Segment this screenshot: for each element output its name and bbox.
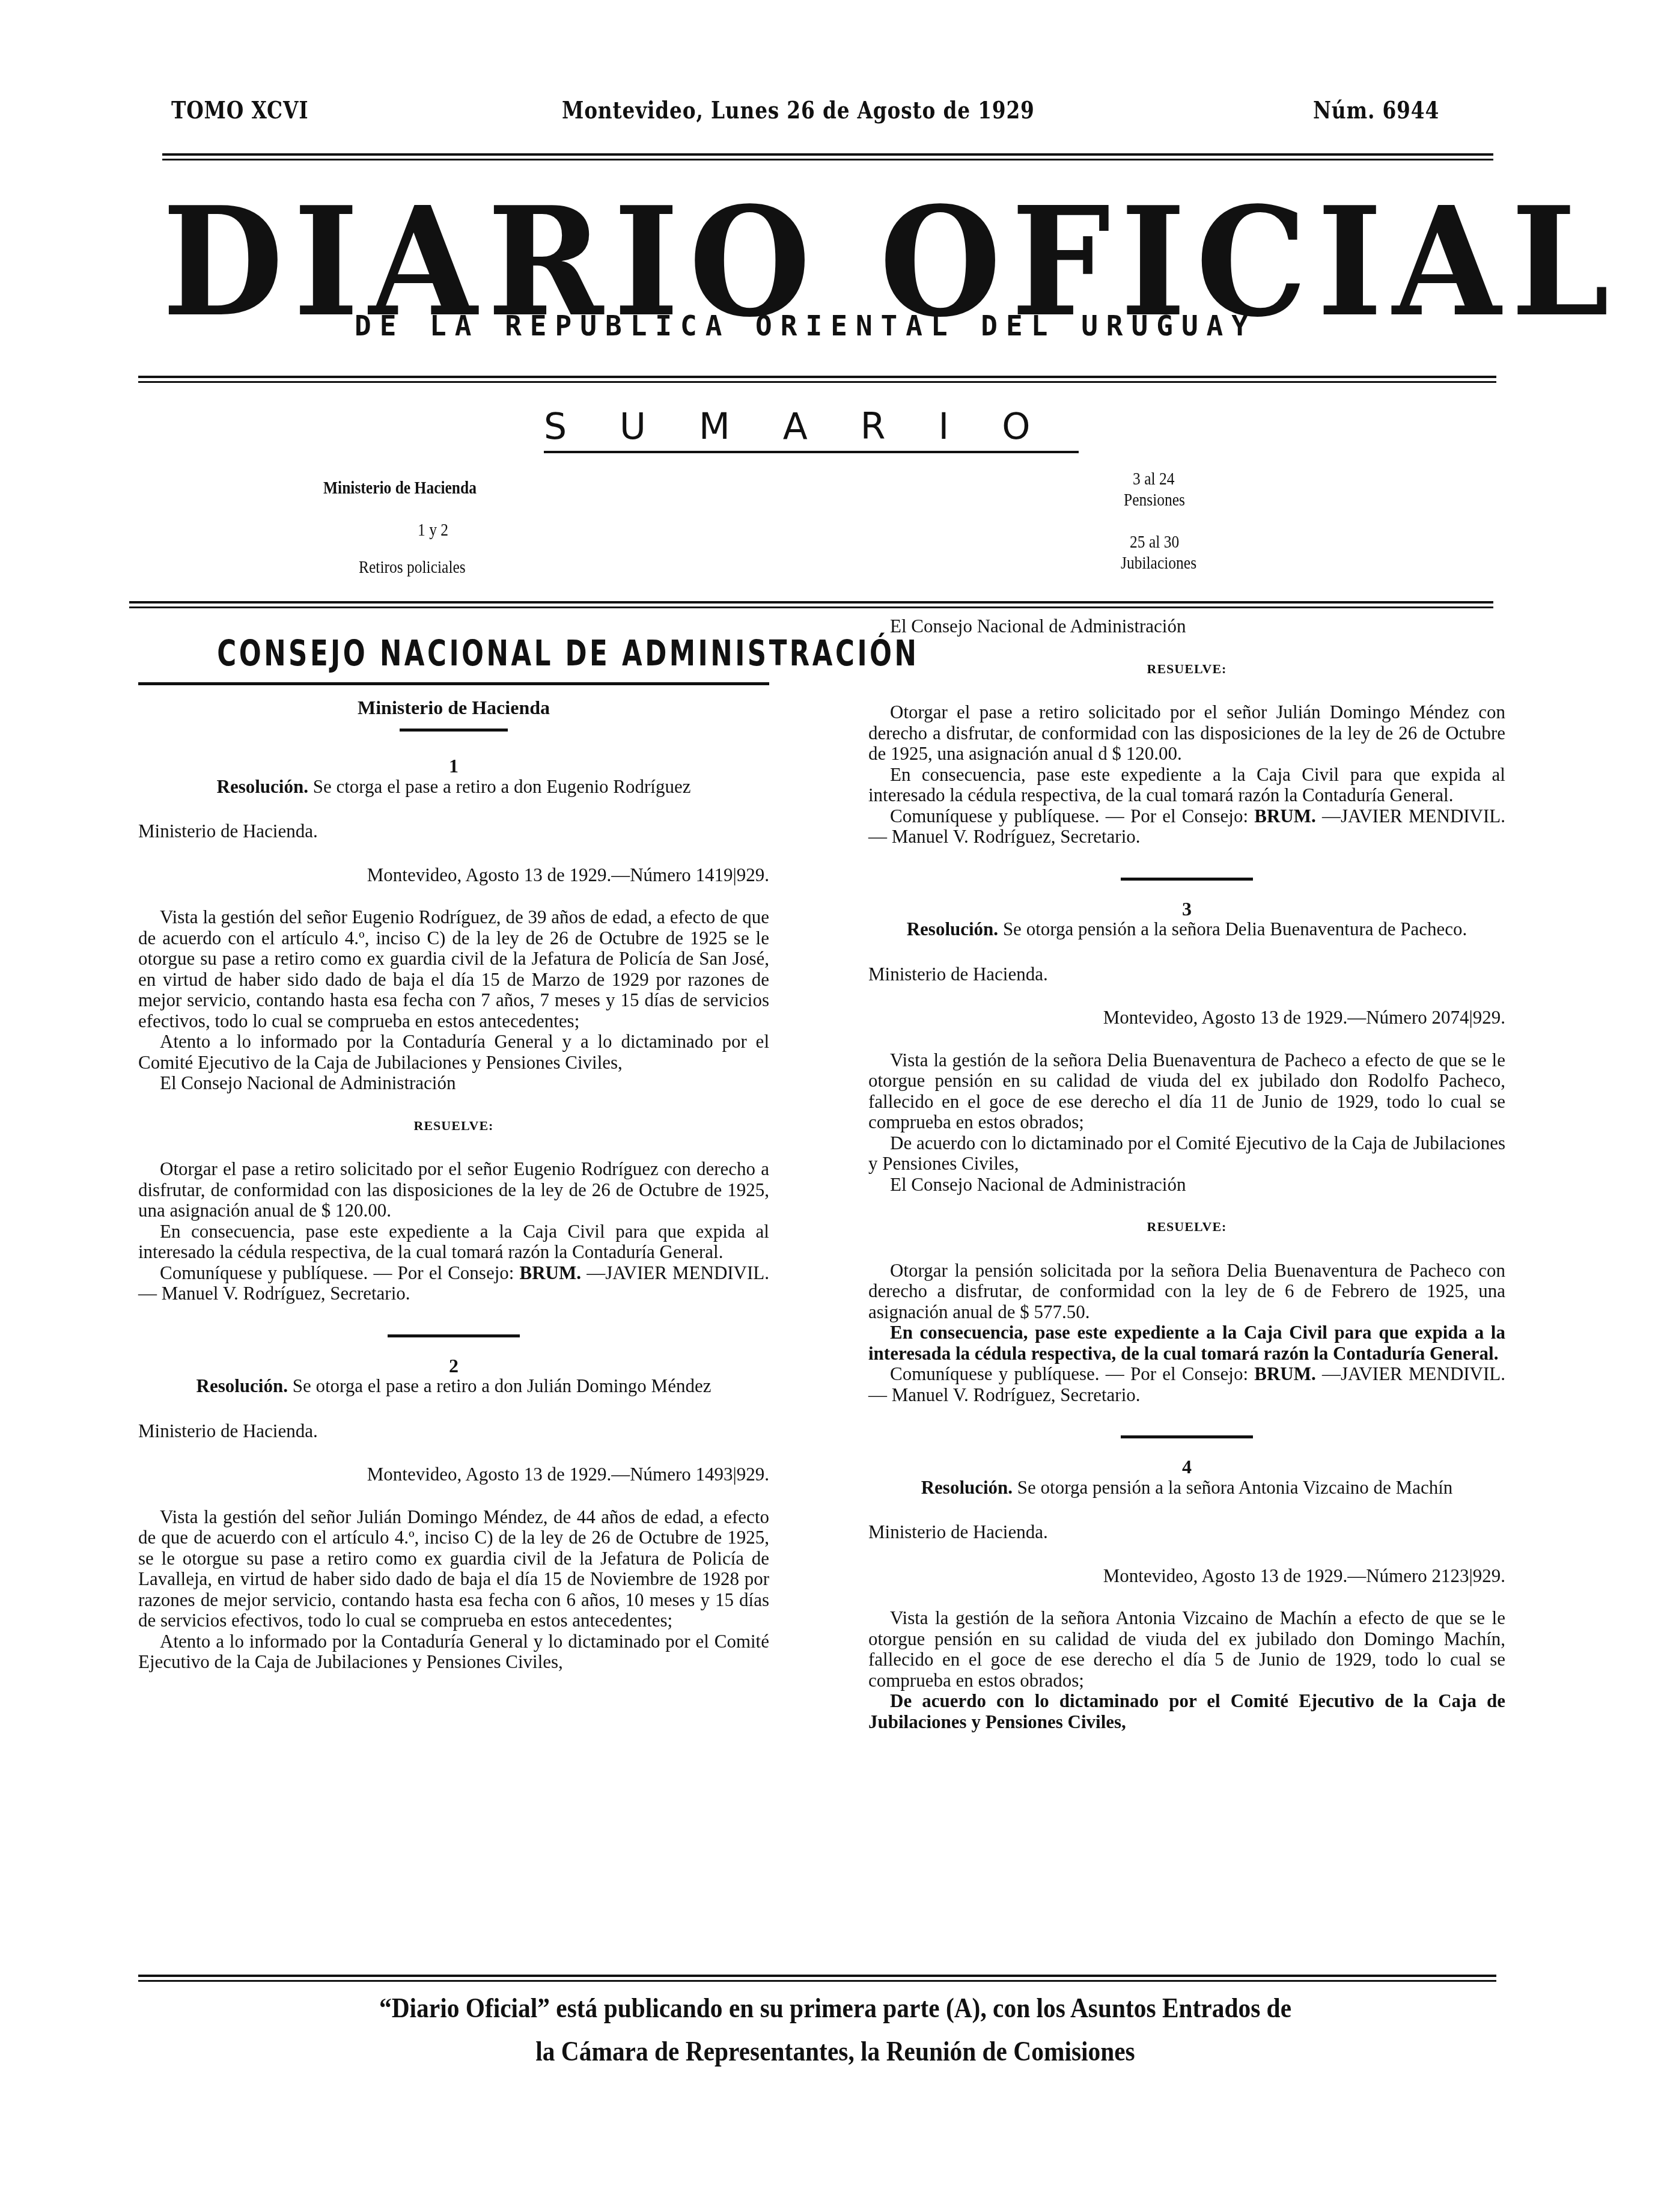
summary-range-pensiones: 3 al 24 — [1133, 469, 1174, 489]
resolution-consecuencia: En consecuencia, pase este expediente a … — [868, 1322, 1505, 1364]
footer-line-1: “Diario Oficial” está publicando en su p… — [224, 1987, 1446, 2030]
resolution-number: 2 — [138, 1355, 769, 1376]
summary-topic-pensiones: Pensiones — [1124, 490, 1185, 510]
resolution-heading: Resolución. Se otorga pensión a la señor… — [868, 1477, 1505, 1499]
resolution-label: Resolución. — [217, 776, 308, 797]
resolution-acuerdo: De acuerdo con lo dictaminado por el Com… — [868, 1691, 1505, 1732]
resolution-atento: Atento a lo informado por la Contaduría … — [138, 1031, 769, 1073]
resolution-atento: Atento a lo informado por la Contaduría … — [138, 1631, 769, 1673]
signer-brum: BRUM. — [520, 1262, 581, 1283]
summary-topic-retiros: Retiros policiales — [359, 557, 466, 578]
resolution-vista: Vista la gestión de la señora Antonia Vi… — [868, 1608, 1505, 1691]
signer-brum: BRUM. — [1254, 805, 1315, 826]
resolution-comuniquese: Comuníquese y publíquese. — Por el Conse… — [868, 1364, 1505, 1405]
resolution-summary: Se otorga pensión a la señora Antonia Vi… — [1017, 1477, 1452, 1498]
resolution-date: Montevideo, Agosto 13 de 1929.—Número 14… — [138, 1464, 769, 1485]
summary-ministry: Ministerio de Hacienda — [323, 478, 477, 498]
resolution-heading: Resolución. Se ctorga el pase a retiro a… — [138, 777, 769, 798]
footer-rule — [138, 1975, 1496, 1982]
newspaper-subtitle: DE LA REPUBLICA ORIENTAL DEL URUGUAY — [355, 310, 1257, 342]
column-right: El Consejo Nacional de Administración RE… — [868, 616, 1505, 1732]
resolution-resuelve: RESUELVE: — [868, 659, 1505, 680]
resolution-4: 4 Resolución. Se otorga pensión a la señ… — [868, 1456, 1505, 1732]
resolution-3: 3 Resolución. Se otorga pensión a la señ… — [868, 899, 1505, 1406]
resolution-comuniquese: Comuníquese y publíquese. — Por el Conse… — [868, 806, 1505, 848]
resolution-number: 4 — [868, 1456, 1505, 1477]
resolution-separator — [1121, 878, 1253, 881]
resolution-consejo: El Consejo Nacional de Administración — [868, 616, 1505, 637]
resolution-date: Montevideo, Agosto 13 de 1929.—Número 20… — [868, 1007, 1505, 1028]
section-rule — [138, 682, 769, 685]
resolution-2-continued: El Consejo Nacional de Administración RE… — [868, 616, 1505, 848]
resolution-consejo: El Consejo Nacional de Administración — [138, 1073, 769, 1094]
resolution-comuniquese: Comuníquese y publíquese. — Por el Conse… — [138, 1263, 769, 1304]
resolution-1: 1 Resolución. Se ctorga el pase a retiro… — [138, 756, 769, 1304]
resolution-summary: Se ctorga el pase a retiro a don Eugenio… — [313, 776, 691, 797]
resolution-2: 2 Resolución. Se otorga el pase a retiro… — [138, 1355, 769, 1673]
section-ministry: Ministerio de Hacienda — [138, 697, 769, 718]
resolution-summary: Se otorga pensión a la señora Delia Buen… — [1003, 918, 1467, 939]
resolution-label: Resolución. — [197, 1375, 288, 1396]
masthead-rule-bottom — [138, 376, 1496, 383]
comuniquese-text: Comuníquese y publíquese. — Por el Conse… — [890, 1363, 1248, 1384]
resolution-otorgar: Otorgar el pase a retiro solicitado por … — [138, 1159, 769, 1221]
section-title: CONSEJO NACIONAL DE ADMINISTRACIÓN — [217, 643, 690, 664]
resolution-acuerdo: De acuerdo con lo dictaminado por el Com… — [868, 1133, 1505, 1175]
issue-date: Montevideo, Lunes 26 de Agosto de 1929 — [562, 96, 1035, 124]
resolution-otorgar: Otorgar la pensión solicitada por la señ… — [868, 1260, 1505, 1323]
resolution-otorgar: Otorgar el pase a retiro solicitado por … — [868, 702, 1505, 765]
masthead-top-line: TOMO XCVI Montevideo, Lunes 26 de Agosto… — [171, 96, 1493, 138]
resolution-date: Montevideo, Agosto 13 de 1929.—Número 14… — [138, 865, 769, 886]
comuniquese-text: Comuníquese y publíquese. — Por el Conse… — [160, 1262, 514, 1283]
resolution-ministry: Ministerio de Hacienda. — [138, 821, 769, 842]
summary-heading: SUMARIO — [544, 406, 1083, 448]
resolution-resuelve: RESUELVE: — [138, 1116, 769, 1137]
resolution-label: Resolución. — [907, 918, 998, 939]
resolution-resuelve: RESUELVE: — [868, 1217, 1505, 1238]
resolution-vista: Vista la gestión de la señora Delia Buen… — [868, 1050, 1505, 1133]
resolution-vista: Vista la gestión del señor Julián Doming… — [138, 1507, 769, 1631]
summary-topic-jubilaciones: Jubilaciones — [1121, 553, 1196, 573]
resolution-summary: Se otorga el pase a retiro a don Julián … — [293, 1375, 712, 1396]
resolution-ministry: Ministerio de Hacienda. — [138, 1421, 769, 1442]
resolution-consejo: El Consejo Nacional de Administración — [868, 1175, 1505, 1196]
resolution-number: 3 — [868, 899, 1505, 920]
resolution-heading: Resolución. Se otorga pensión a la señor… — [868, 919, 1505, 940]
comuniquese-text: Comuníquese y publíquese. — Por el Conse… — [890, 805, 1248, 826]
column-left: CONSEJO NACIONAL DE ADMINISTRACIÓN Minis… — [138, 631, 769, 1673]
resolution-label: Resolución. — [921, 1477, 1013, 1498]
resolution-vista: Vista la gestión del señor Eugenio Rodrí… — [138, 907, 769, 1031]
masthead-rule-top — [162, 153, 1493, 160]
section-short-rule — [400, 729, 508, 732]
resolution-separator — [1121, 1435, 1253, 1438]
resolution-ministry: Ministerio de Hacienda. — [868, 1522, 1505, 1543]
resolution-separator — [388, 1334, 520, 1337]
resolution-consecuencia: En consecuencia, pase este expediente a … — [868, 765, 1505, 806]
summary-underline — [544, 451, 1079, 453]
summary-rule-bottom — [129, 601, 1493, 608]
resolution-number: 1 — [138, 756, 769, 777]
footer-line-2: la Cámara de Representantes, la Reunión … — [224, 2030, 1446, 2073]
signer-brum: BRUM. — [1254, 1363, 1315, 1384]
summary-range-retiros: 1 y 2 — [418, 520, 448, 540]
resolution-ministry: Ministerio de Hacienda. — [868, 964, 1505, 985]
issue-number: Núm. 6944 — [1313, 96, 1439, 124]
resolution-consecuencia: En consecuencia, pase este expediente a … — [138, 1221, 769, 1263]
resolution-heading: Resolución. Se otorga el pase a retiro a… — [138, 1376, 769, 1397]
summary-range-jubilaciones: 25 al 30 — [1130, 532, 1179, 552]
resolution-date: Montevideo, Agosto 13 de 1929.—Número 21… — [868, 1566, 1505, 1587]
volume-label: TOMO XCVI — [171, 96, 308, 124]
footer-notice: “Diario Oficial” está publicando en su p… — [224, 1987, 1446, 2073]
